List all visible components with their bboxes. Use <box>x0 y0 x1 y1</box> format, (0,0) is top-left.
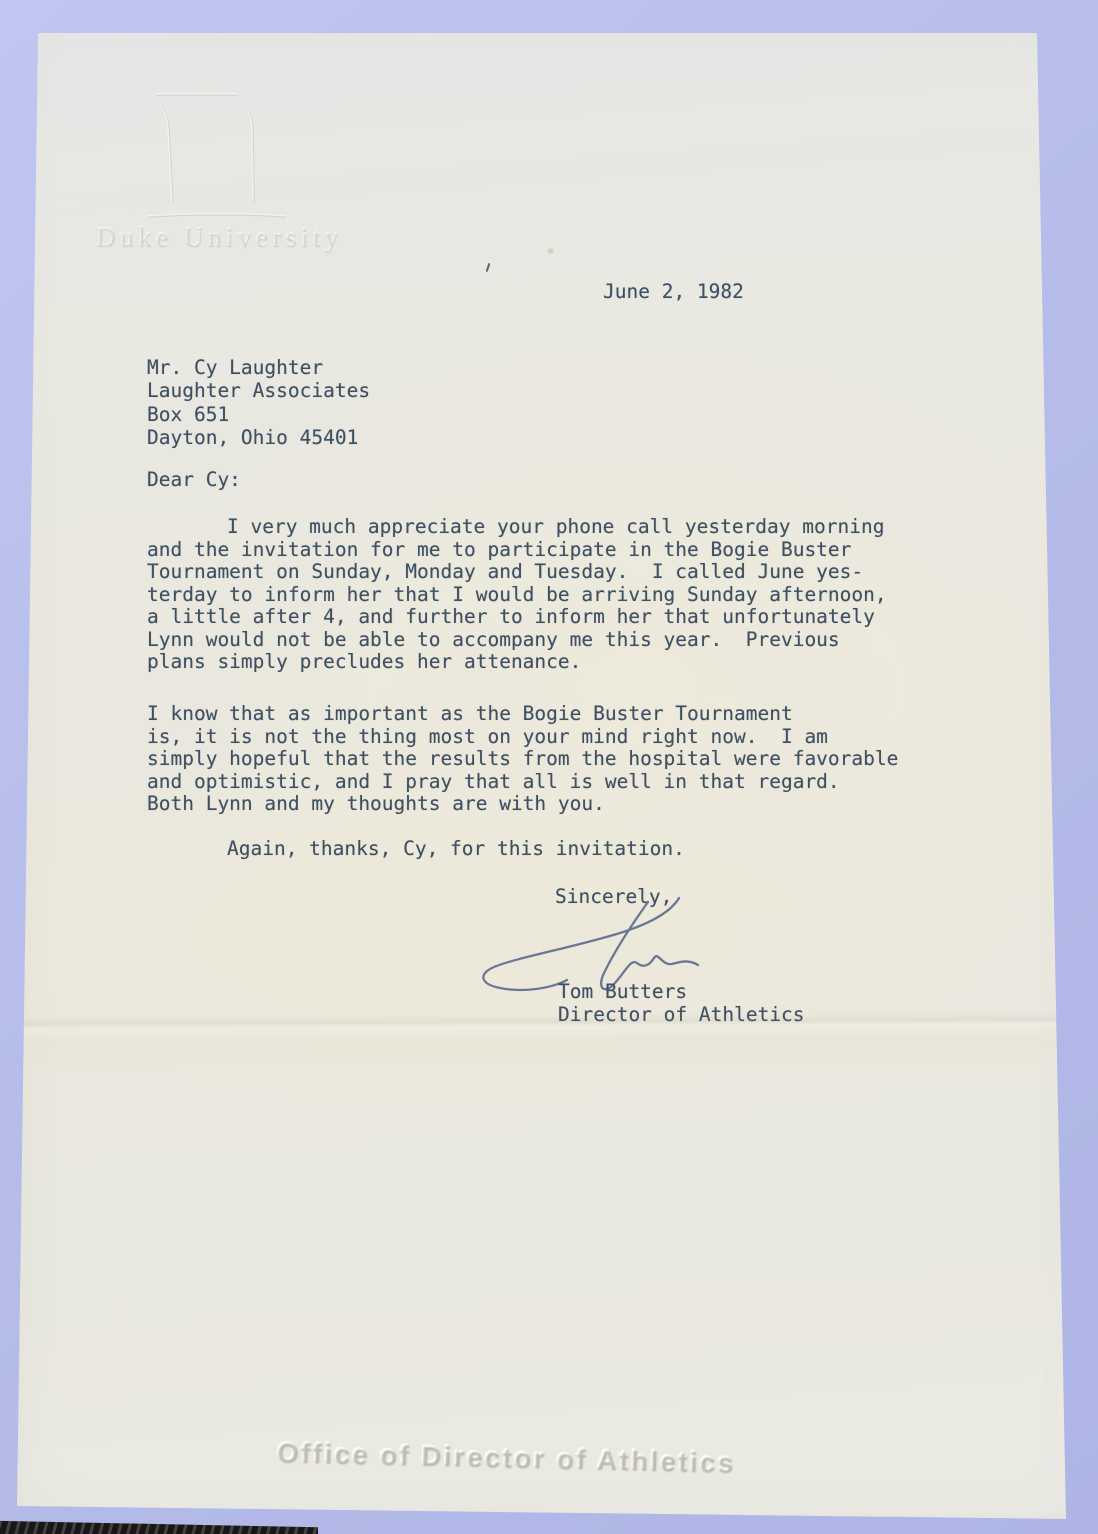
address-line: Mr. Cy Laughter <box>147 356 323 379</box>
table-edge-strip <box>0 1518 318 1534</box>
paragraph: Again, thanks, Cy, for this invitation. <box>147 838 685 861</box>
address-line: Dayton, Ohio 45401 <box>147 426 358 449</box>
address-line: Box 651 <box>147 403 229 426</box>
embossed-university-name: Duke University <box>96 222 343 253</box>
salutation: Dear Cy: <box>147 469 241 492</box>
paragraph: I very much appreciate your phone call y… <box>147 516 887 674</box>
fold-crease <box>20 1012 1058 1077</box>
paper-speck <box>547 248 554 254</box>
photo-background: Duke University June 2, 1982 Mr. Cy Laug… <box>0 0 1098 1534</box>
paragraph: I know that as important as the Bogie Bu… <box>147 703 898 816</box>
letter-paper: Duke University June 2, 1982 Mr. Cy Laug… <box>0 0 1098 1534</box>
signer-name: Tom Butters <box>558 981 687 1004</box>
address-line: Laughter Associates <box>147 379 370 402</box>
letter-date: June 2, 1982 <box>603 281 744 304</box>
